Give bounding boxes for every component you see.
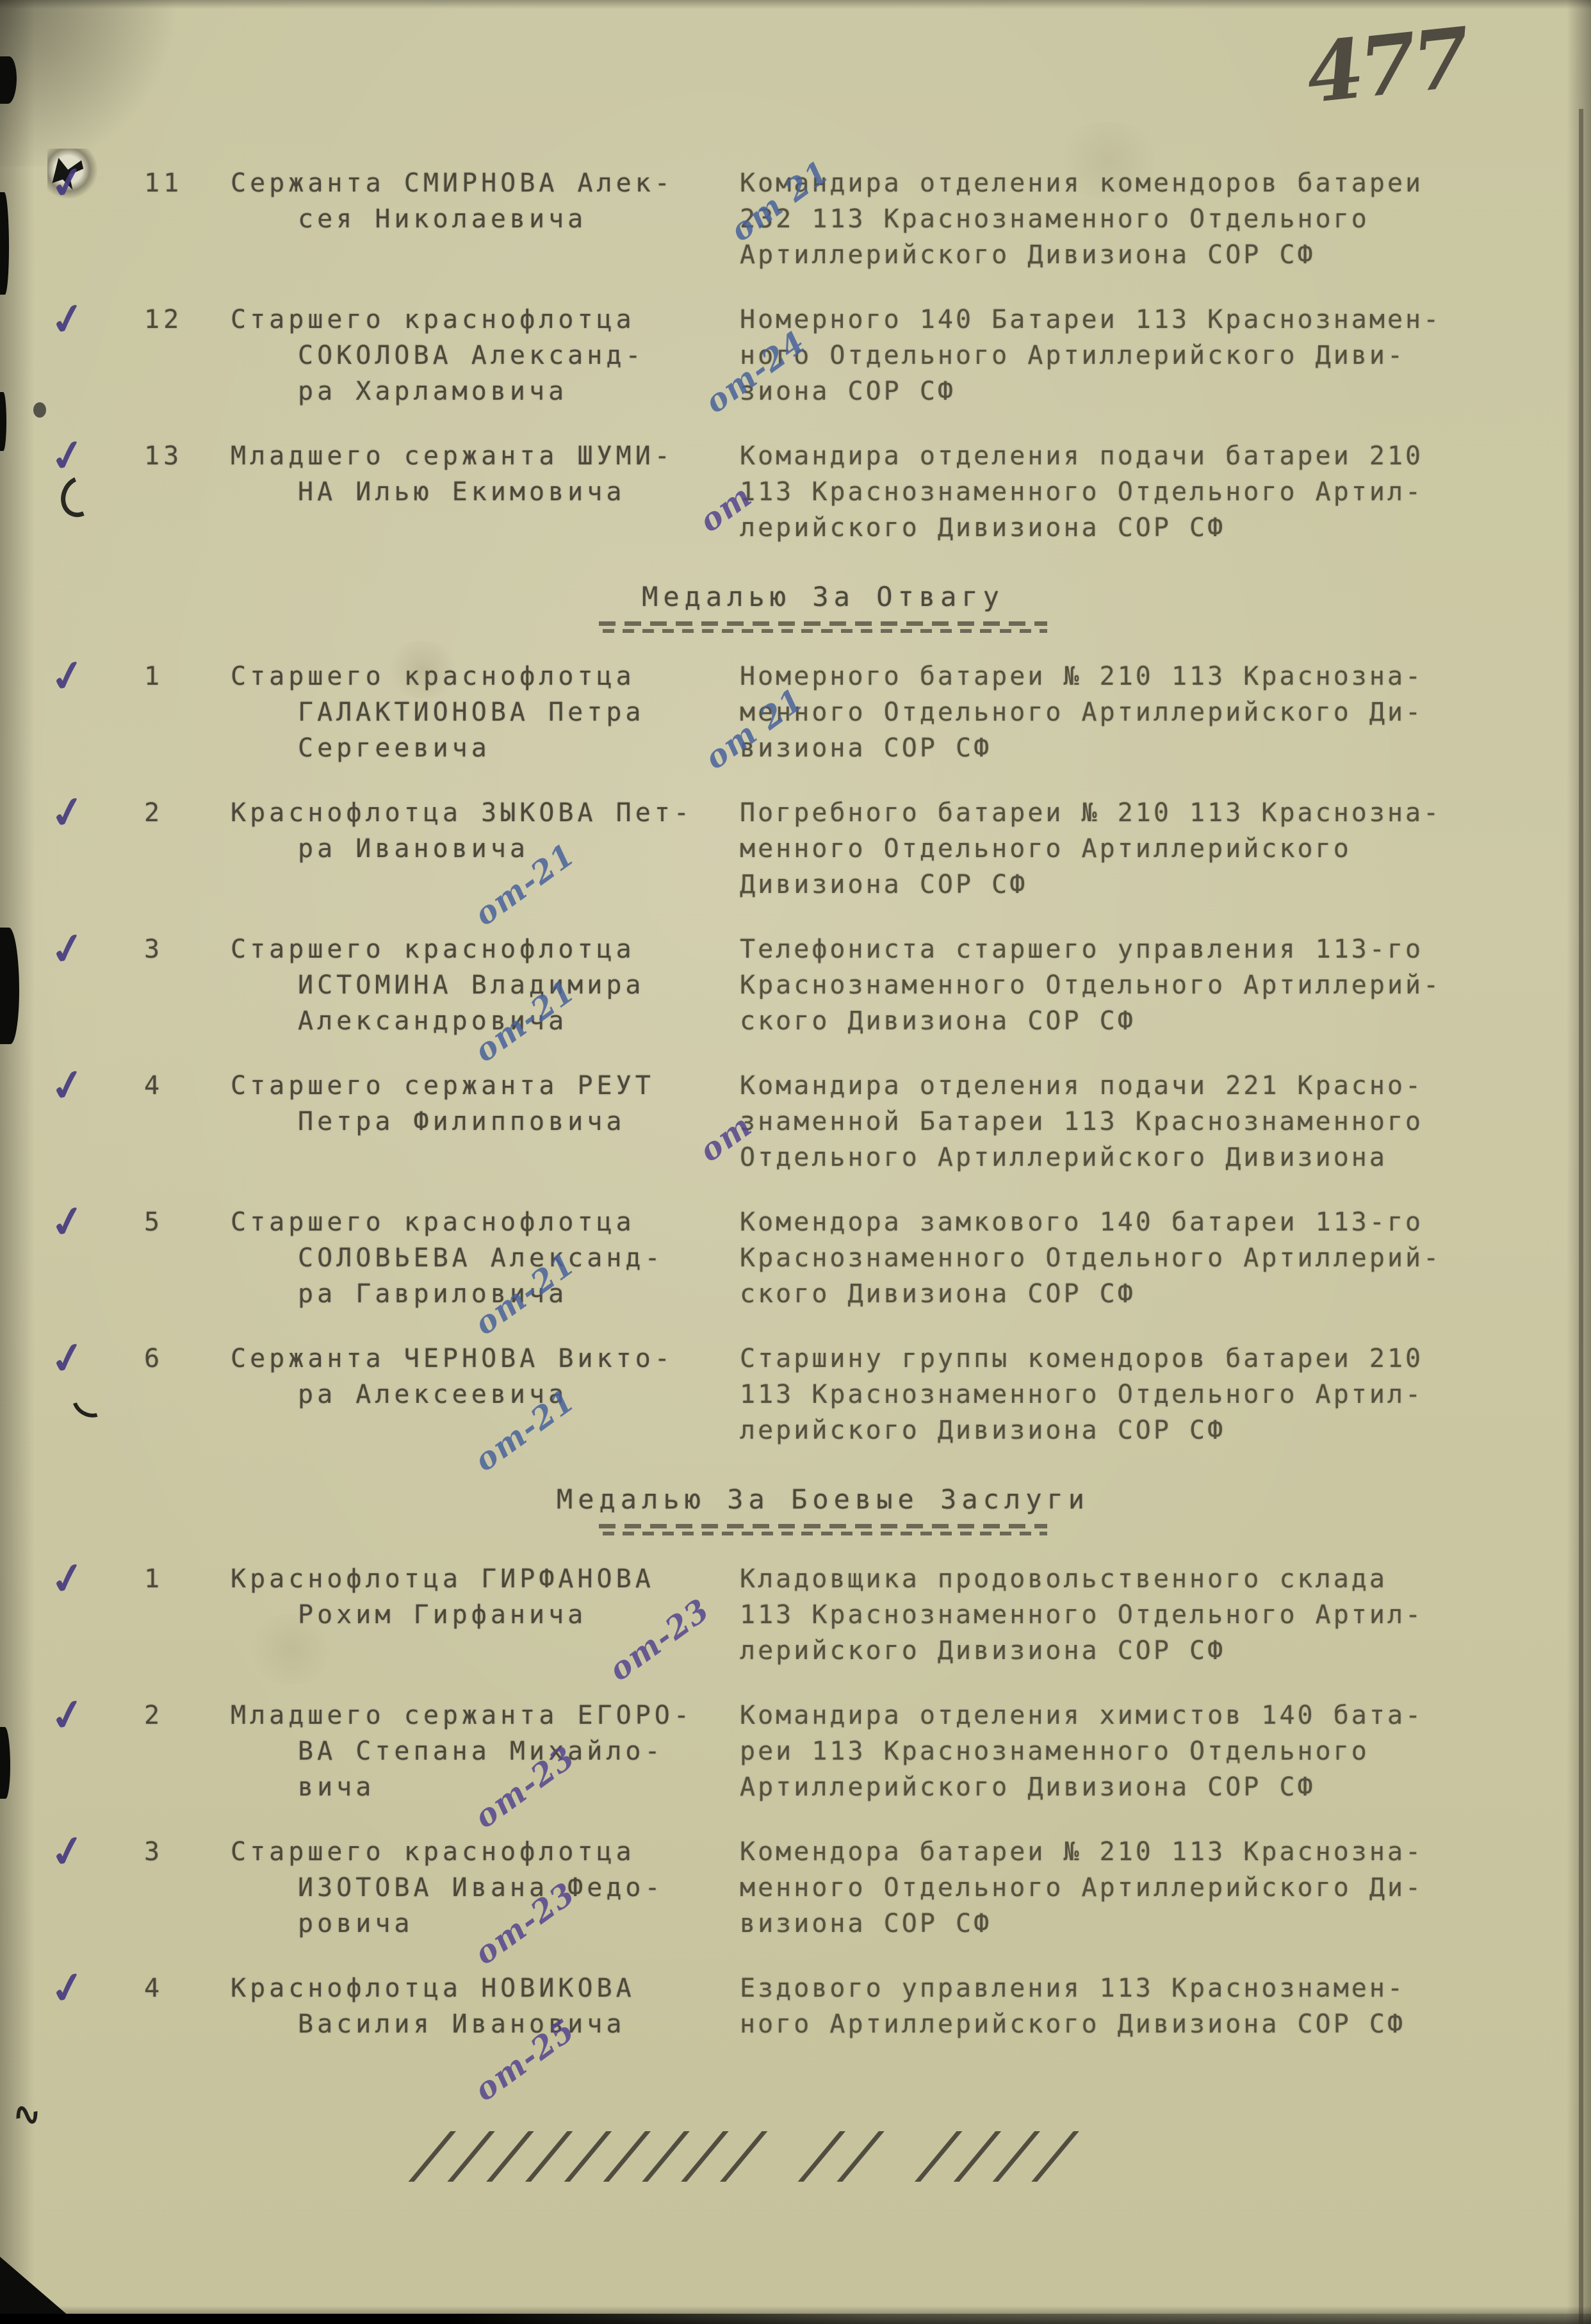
position-line: лерийского Дивизиона СОР СФ	[740, 1412, 1556, 1448]
award-entry: ✓ 2 Краснофлотца ЗЫКОВА Пет- ра Иванович…	[90, 795, 1556, 903]
position-line: 232 113 Краснознаменного Отдельного	[740, 201, 1556, 237]
entry-number: 5	[144, 1204, 231, 1240]
recipient-column: 11 Сержанта СМИРНОВА Алек- сея Николаеви…	[90, 165, 740, 273]
torn-edge	[0, 928, 19, 1044]
check-mark-icon: ✓	[46, 155, 90, 210]
top-edge-shadow	[0, 0, 1591, 9]
position-line: ского Дивизиона СОР СФ	[740, 1003, 1556, 1039]
recipient-rank-name: Краснофлотца ЗЫКОВА Пет-	[231, 795, 693, 831]
check-mark-icon: ✓	[46, 1824, 90, 1879]
position-description: Комендора батареи № 210 113 Краснозна-ме…	[740, 1834, 1556, 1942]
entry-number: 3	[144, 931, 231, 967]
recipient-column: 13 Младшего сержанта ШУМИ- НА Илью Екимо…	[90, 438, 740, 546]
award-entry: ✓ 1 Старшего краснофлотца ГАЛАКТИОНОВА П…	[90, 659, 1556, 766]
recipient-rank-name: Старшего краснофлотца	[231, 1834, 635, 1870]
position-line: ного Отдельного Артиллерийского Диви-	[740, 338, 1556, 373]
position-line: Ездового управления 113 Краснознамен-	[740, 1970, 1556, 2006]
right-edge-line	[1579, 109, 1583, 2324]
recipient-column: 3 Старшего краснофлотца ИСТОМИНА Владими…	[90, 931, 740, 1039]
recipient-name-continued: Сергеевича	[144, 730, 740, 766]
recipient-rank-name: Младшего сержанта ШУМИ-	[231, 438, 674, 474]
position-line: Командира отделения подачи батареи 210	[740, 438, 1556, 474]
recipient-rank-name: Краснофлотца ГИРФАНОВА	[231, 1561, 655, 1597]
position-line: лерийского Дивизиона СОР СФ	[740, 510, 1556, 546]
position-line: Старшину группы комендоров батареи 210	[740, 1341, 1556, 1377]
entry-number: 6	[144, 1341, 231, 1377]
award-entry: ✓ 1 Краснофлотца ГИРФАНОВА Рохим Гирфани…	[90, 1561, 1556, 1669]
left-edge-shadow	[0, 0, 35, 2324]
check-mark-icon: ✓	[46, 785, 90, 840]
recipient-name-continued: ИСТОМИНА Владимира	[144, 967, 740, 1003]
position-line: Погребного батареи № 210 113 Краснозна-	[740, 795, 1556, 831]
position-line: ского Дивизиона СОР СФ	[740, 1276, 1556, 1312]
position-line: Комендора батареи № 210 113 Краснозна-	[740, 1834, 1556, 1870]
position-line: Краснознаменного Отдельного Артиллерий-	[740, 1240, 1556, 1276]
entry-number: 3	[144, 1834, 231, 1870]
position-line: ного Артиллерийского Дивизиона СОР СФ	[740, 2006, 1556, 2042]
position-line: Дивизиона СОР СФ	[740, 867, 1556, 903]
award-entry: ✓ 13 Младшего сержанта ШУМИ- НА Илью Еки…	[90, 438, 1556, 546]
check-mark-icon: ✓	[46, 1058, 90, 1113]
position-line: зиона СОР СФ	[740, 373, 1556, 409]
medal-section-title: Медалью За Боевые Заслуги	[90, 1482, 1556, 1518]
position-line: визиона СОР СФ	[740, 1906, 1556, 1942]
recipient-rank-name: Сержанта ЧЕРНОВА Викто-	[231, 1341, 674, 1377]
award-entry: ✓ 2 Младшего сержанта ЕГОРО- ВА Степана …	[90, 1698, 1556, 1805]
torn-edge	[0, 1727, 10, 1799]
recipient-column: 3 Старшего краснофлотца ИЗОТОВА Ивана Фе…	[90, 1834, 740, 1942]
position-description: Командира отделения комендоров батареи23…	[740, 165, 1556, 273]
position-description: Телефониста старшего управления 113-гоКр…	[740, 931, 1556, 1039]
position-line: реи 113 Краснознаменного Отдельного	[740, 1733, 1556, 1769]
section-heading: Медалью За Отвагу	[90, 579, 1556, 635]
position-description: Погребного батареи № 210 113 Краснозна-м…	[740, 795, 1556, 903]
position-line: Краснознаменного Отдельного Артиллерий-	[740, 967, 1556, 1003]
recipient-name-continued: ровича	[144, 1906, 740, 1942]
recipient-name-continued: Петра Филипповича	[144, 1104, 740, 1140]
check-mark-icon: ✓	[46, 1194, 90, 1249]
tally-marks-handwritten: ///////// // ////	[402, 2119, 1090, 2191]
position-line: 113 Краснознаменного Отдельного Артил-	[740, 1377, 1556, 1412]
recipient-rank-name: Младшего сержанта ЕГОРО-	[231, 1698, 693, 1733]
recipient-name-continued: Василия Ивановича	[144, 2006, 740, 2042]
check-mark-icon: ✓	[46, 648, 90, 703]
recipient-name-continued: СОЛОВЬЕВА Александ-	[144, 1240, 740, 1276]
recipient-column: 4 Краснофлотца НОВИКОВА Василия Иванович…	[90, 1970, 740, 2042]
torn-edge	[0, 192, 9, 295]
check-mark-icon: ✓	[46, 291, 90, 347]
medal-section-title: Медалью За Отвагу	[90, 579, 1556, 615]
recipient-rank-name: Старшего сержанта РЕУТ	[231, 1068, 655, 1104]
page-number-handwritten: 477	[1302, 10, 1471, 122]
position-line: 113 Краснознаменного Отдельного Артил-	[740, 1597, 1556, 1633]
position-line: визиона СОР СФ	[740, 730, 1556, 766]
award-entry: ✓ 12 Старшего краснофлотца СОКОЛОВА Алек…	[90, 302, 1556, 409]
award-entry: ✓ 4 Старшего сержанта РЕУТ Петра Филиппо…	[90, 1068, 1556, 1175]
recipient-column: 2 Краснофлотца ЗЫКОВА Пет- ра Ивановича	[90, 795, 740, 903]
torn-edge	[0, 392, 6, 451]
entry-number: 1	[144, 1561, 231, 1597]
recipient-rank-name: Старшего краснофлотца	[231, 659, 635, 694]
recipient-name-continued: ра Ивановича	[144, 831, 740, 867]
position-line: Номерного батареи № 210 113 Краснозна-	[740, 659, 1556, 694]
entry-number: 12	[144, 302, 231, 338]
entry-number: 4	[144, 1068, 231, 1104]
position-line: Артиллерийского Дивизиона СОР СФ	[740, 1769, 1556, 1805]
check-mark-icon: ✓	[46, 1551, 90, 1606]
position-line: Отдельного Артиллерийского Дивизиона	[740, 1140, 1556, 1175]
bottom-edge-line	[0, 2314, 1591, 2324]
entry-number: 13	[144, 438, 231, 474]
check-mark-icon: ✓	[46, 1687, 90, 1742]
paper-spot	[33, 402, 46, 418]
recipient-column: 12 Старшего краснофлотца СОКОЛОВА Алекса…	[90, 302, 740, 409]
torn-corner	[0, 2242, 78, 2324]
award-entry: ✓ 6 Сержанта ЧЕРНОВА Викто- ра Алексееви…	[90, 1341, 1556, 1448]
document-page: ∿ 477 ✓ 11 Сержанта СМИРНОВА Алек- сея Н…	[0, 0, 1591, 2324]
typed-underline	[599, 1523, 1047, 1538]
recipient-name-continued: НА Илью Екимовича	[144, 474, 740, 510]
recipient-rank-name: Старшего краснофлотца	[231, 1204, 635, 1240]
check-mark-icon: ✓	[46, 1960, 90, 2015]
recipient-name-continued: сея Николаевича	[144, 201, 740, 237]
position-line: менного Отдельного Артиллерийского	[740, 831, 1556, 867]
recipient-rank-name: Краснофлотца НОВИКОВА	[231, 1970, 635, 2006]
award-entry: ✓ 4 Краснофлотца НОВИКОВА Василия Иванов…	[90, 1970, 1556, 2042]
award-entry: ✓ 3 Старшего краснофлотца ИСТОМИНА Влади…	[90, 931, 1556, 1039]
check-mark-icon: ✓	[46, 1330, 90, 1386]
award-entry: ✓ 3 Старшего краснофлотца ИЗОТОВА Ивана …	[90, 1834, 1556, 1942]
position-description: Командира отделения подачи 221 Красно-зн…	[740, 1068, 1556, 1175]
recipient-rank-name: Сержанта СМИРНОВА Алек-	[231, 165, 674, 201]
torn-edge	[0, 56, 17, 104]
recipient-column: 4 Старшего сержанта РЕУТ Петра Филиппови…	[90, 1068, 740, 1175]
position-description: Номерного батареи № 210 113 Краснозна-ме…	[740, 659, 1556, 766]
entry-number: 11	[144, 165, 231, 201]
recipient-name-continued: ГАЛАКТИОНОВА Петра	[144, 694, 740, 730]
section-heading: Медалью За Боевые Заслуги	[90, 1482, 1556, 1538]
position-line: знаменной Батареи 113 Краснознаменного	[740, 1104, 1556, 1140]
entry-number: 2	[144, 1698, 231, 1733]
position-line: Командира отделения подачи 221 Красно-	[740, 1068, 1556, 1104]
check-mark-icon: ✓	[46, 921, 90, 976]
recipient-rank-name: Старшего краснофлотца	[231, 302, 635, 338]
position-line: Артиллерийского Дивизиона СОР СФ	[740, 237, 1556, 273]
position-line: Телефониста старшего управления 113-го	[740, 931, 1556, 967]
position-description: Командира отделения подачи батареи 21011…	[740, 438, 1556, 546]
position-line: лерийского Дивизиона СОР СФ	[740, 1633, 1556, 1669]
award-entry: ✓ 11 Сержанта СМИРНОВА Алек- сея Николае…	[90, 165, 1556, 273]
recipient-name-continued: ВА Степана Михайло-	[144, 1733, 740, 1769]
position-description: Комендора замкового 140 батареи 113-гоКр…	[740, 1204, 1556, 1312]
entry-number: 4	[144, 1970, 231, 2006]
entry-number: 1	[144, 659, 231, 694]
recipient-name-continued: вича	[144, 1769, 740, 1805]
position-description: Ездового управления 113 Краснознамен-ног…	[740, 1970, 1556, 2042]
recipient-name-continued: СОКОЛОВА Александ-	[144, 338, 740, 373]
award-list: ✓ 11 Сержанта СМИРНОВА Алек- сея Николае…	[90, 165, 1556, 2071]
corner-shadow	[0, 0, 192, 167]
position-line: Кладовщика продовольственного склада	[740, 1561, 1556, 1597]
position-line: Командира отделения комендоров батареи	[740, 165, 1556, 201]
recipient-column: 1 Старшего краснофлотца ГАЛАКТИОНОВА Пет…	[90, 659, 740, 766]
entry-number: 2	[144, 795, 231, 831]
typed-underline	[599, 620, 1047, 635]
position-description: Старшину группы комендоров батареи 21011…	[740, 1341, 1556, 1448]
recipient-column: 2 Младшего сержанта ЕГОРО- ВА Степана Ми…	[90, 1698, 740, 1805]
position-description: Номерного 140 Батареи 113 Краснознамен-н…	[740, 302, 1556, 409]
position-line: 113 Краснознаменного Отдельного Артил-	[740, 474, 1556, 510]
recipient-name-continued: ра Алексеевича	[144, 1377, 740, 1412]
position-description: Кладовщика продовольственного склада113 …	[740, 1561, 1556, 1669]
position-description: Командира отделения химистов 140 бата-ре…	[740, 1698, 1556, 1805]
recipient-column: 5 Старшего краснофлотца СОЛОВЬЕВА Алекса…	[90, 1204, 740, 1312]
position-line: Комендора замкового 140 батареи 113-го	[740, 1204, 1556, 1240]
recipient-name-continued: ра Гавриловича	[144, 1276, 740, 1312]
recipient-name-continued: Александровича	[144, 1003, 740, 1039]
position-line: менного Отдельного Артиллерийского Ди-	[740, 1870, 1556, 1906]
pencil-squiggle: ∿	[10, 2093, 44, 2136]
position-line: Номерного 140 Батареи 113 Краснознамен-	[740, 302, 1556, 338]
recipient-name-continued: ИЗОТОВА Ивана Федо-	[144, 1870, 740, 1906]
position-line: менного Отдельного Артиллерийского Ди-	[740, 694, 1556, 730]
position-line: Командира отделения химистов 140 бата-	[740, 1698, 1556, 1733]
recipient-rank-name: Старшего краснофлотца	[231, 931, 635, 967]
recipient-column: 6 Сержанта ЧЕРНОВА Викто- ра Алексеевича	[90, 1341, 740, 1448]
check-mark-icon: ✓	[46, 428, 90, 483]
award-entry: ✓ 5 Старшего краснофлотца СОЛОВЬЕВА Алек…	[90, 1204, 1556, 1312]
recipient-name-continued: ра Харламовича	[144, 373, 740, 409]
